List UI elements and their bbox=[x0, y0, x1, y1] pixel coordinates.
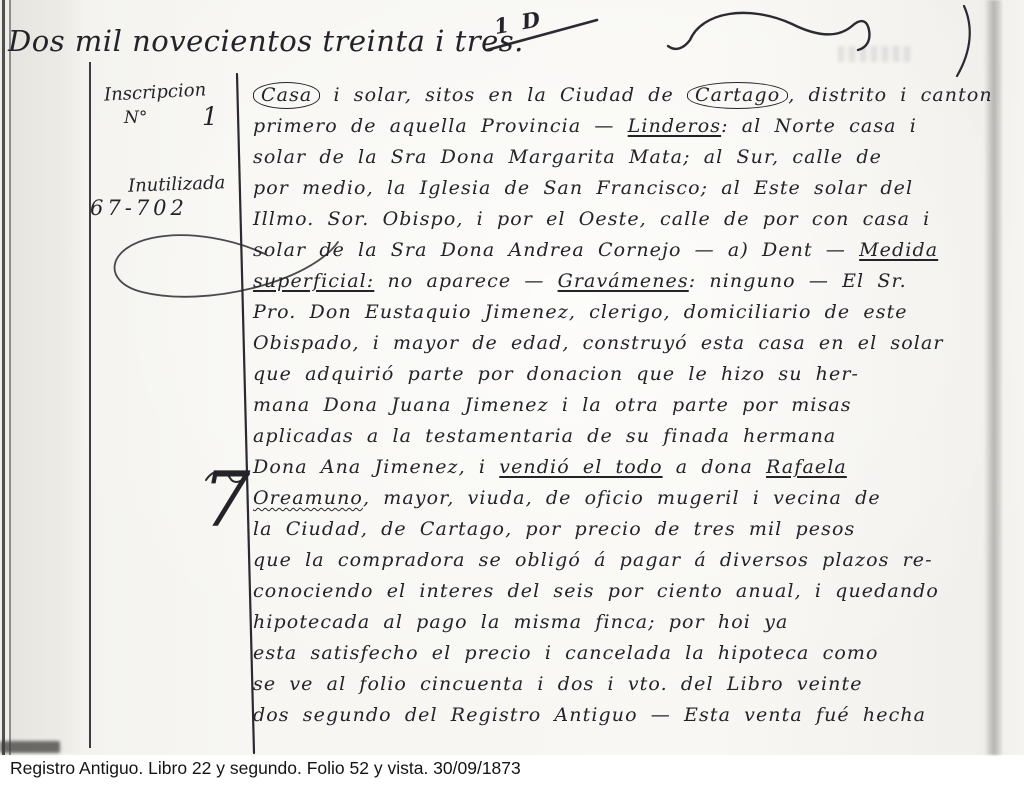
manuscript-line: superficial: no aparece — Gravámenes: ni… bbox=[253, 266, 1005, 297]
manuscript-segment: Dona Ana Jimenez, i bbox=[253, 456, 499, 478]
manuscript-segment: Obispado, i mayor de edad, construyó est… bbox=[253, 332, 944, 354]
manuscript-segment: Pro. Don Eustaquio Jimenez, clerigo, dom… bbox=[253, 301, 908, 323]
manuscript-line: Oreamuno, mayor, viuda, de oficio mugeri… bbox=[253, 483, 1005, 514]
manuscript-line: se ve al folio cincuenta i dos i vto. de… bbox=[253, 669, 1005, 700]
manuscript-segment: , mayor, viuda, de oficio mugeril i veci… bbox=[363, 487, 881, 509]
manuscript-segment: : al Norte casa i bbox=[721, 115, 917, 137]
manuscript-line: la Ciudad, de Cartago, por precio de tre… bbox=[253, 514, 1005, 545]
margin-rule-line bbox=[89, 62, 91, 748]
margin-inutilizada-number: 67-702 bbox=[90, 196, 188, 220]
manuscript-segment: no aparece — bbox=[374, 270, 557, 292]
top-annotation-mark: 1 D bbox=[492, 6, 545, 39]
scan-smudge bbox=[0, 741, 60, 753]
column-rule-line bbox=[237, 74, 254, 753]
manuscript-segment: hipotecada al pago la misma finca; por h… bbox=[253, 611, 788, 633]
manuscript-segment: que la compradora se obligó á pagar á di… bbox=[253, 549, 933, 571]
manuscript-body: Casa i solar, sitos en la Ciudad de Cart… bbox=[253, 80, 1005, 731]
year-header: Dos mil novecientos treinta i tres. bbox=[8, 24, 524, 58]
scan-background: Dos mil novecientos treinta i tres. 1 D … bbox=[0, 0, 1024, 755]
manuscript-line: esta satisfecho el precio i cancelada la… bbox=[253, 638, 1005, 669]
manuscript-line: hipotecada al pago la misma finca; por h… bbox=[253, 607, 1005, 638]
manuscript-line: Casa i solar, sitos en la Ciudad de Cart… bbox=[253, 80, 1005, 111]
manuscript-line: solar de la Sra Dona Andrea Cornejo — a)… bbox=[253, 235, 1005, 266]
manuscript-line: dos segundo del Registro Antiguo — Esta … bbox=[253, 700, 1005, 731]
manuscript-segment: a dona bbox=[663, 456, 766, 478]
manuscript-line: aplicadas a la testamentaria de su finad… bbox=[253, 421, 1005, 452]
manuscript-line: que la compradora se obligó á pagar á di… bbox=[253, 545, 1005, 576]
manuscript-segment: Gravámenes bbox=[558, 270, 689, 292]
manuscript-segment: Cartago bbox=[687, 82, 788, 109]
manuscript-segment: Linderos bbox=[628, 115, 721, 137]
margin-numero-value: 1 bbox=[202, 102, 218, 131]
scan-edge-line bbox=[2, 0, 5, 755]
flourish-bracket bbox=[957, 6, 970, 76]
manuscript-segment: por medio, la Iglesia de San Francisco; … bbox=[253, 177, 913, 199]
manuscript-segment: conociendo el interes del seis por cient… bbox=[253, 580, 939, 602]
left-gutter-band bbox=[11, 0, 87, 753]
manuscript-segment: que adquirió parte por donacion que le h… bbox=[253, 363, 859, 385]
manuscript-segment: superficial: bbox=[253, 270, 374, 292]
manuscript-line: Pro. Don Eustaquio Jimenez, clerigo, dom… bbox=[253, 297, 1005, 328]
margin-numero-label: N° bbox=[124, 108, 147, 128]
manuscript-segment: Casa bbox=[253, 82, 320, 109]
scanned-registry-page: Dos mil novecientos treinta i tres. 1 D … bbox=[0, 0, 1024, 789]
manuscript-segment: , distrito i canton bbox=[788, 84, 993, 106]
manuscript-line: Dona Ana Jimenez, i vendió el todo a don… bbox=[253, 452, 1005, 483]
manuscript-segment: i solar, sitos en la Ciudad de bbox=[320, 84, 687, 106]
manuscript-segment: primero de aquella Provincia — bbox=[253, 115, 628, 137]
manuscript-line: Obispado, i mayor de edad, construyó est… bbox=[253, 328, 1005, 359]
manuscript-segment: Rafaela bbox=[766, 456, 847, 478]
manuscript-segment: esta satisfecho el precio i cancelada la… bbox=[253, 642, 879, 664]
manuscript-segment: la Ciudad, de Cartago, por precio de tre… bbox=[253, 518, 855, 540]
manuscript-line: conociendo el interes del seis por cient… bbox=[253, 576, 1005, 607]
faded-stamp bbox=[838, 46, 912, 62]
manuscript-segment: dos segundo del Registro Antiguo — Esta … bbox=[253, 704, 926, 726]
manuscript-line: primero de aquella Provincia — Linderos:… bbox=[253, 111, 1005, 142]
manuscript-segment: vendió el todo bbox=[499, 456, 662, 478]
manuscript-line: solar de la Sra Dona Margarita Mata; al … bbox=[253, 142, 1005, 173]
margin-inscripcion-label: Inscripcion bbox=[104, 79, 207, 105]
manuscript-line: que adquirió parte por donacion que le h… bbox=[253, 359, 1005, 390]
flourish-swash bbox=[668, 13, 869, 50]
manuscript-segment: aplicadas a la testamentaria de su finad… bbox=[253, 425, 836, 447]
manuscript-line: por medio, la Iglesia de San Francisco; … bbox=[253, 173, 1005, 204]
manuscript-segment: : ninguno — El Sr. bbox=[689, 270, 907, 292]
manuscript-segment: Medida bbox=[859, 239, 938, 261]
manuscript-segment: Oreamuno bbox=[253, 487, 363, 509]
manuscript-segment: mana Dona Juana Jimenez i la otra parte … bbox=[253, 394, 852, 416]
manuscript-line: Illmo. Sor. Obispo, i por el Oeste, call… bbox=[253, 204, 1005, 235]
manuscript-line: mana Dona Juana Jimenez i la otra parte … bbox=[253, 390, 1005, 421]
manuscript-segment: solar de la Sra Dona Andrea Cornejo — a)… bbox=[253, 239, 859, 261]
margin-inutilizada-label: Inutilizada bbox=[128, 172, 226, 196]
margin-entry-number: 7 bbox=[202, 462, 250, 538]
printed-caption: Registro Antiguo. Libro 22 y segundo. Fo… bbox=[10, 758, 521, 779]
manuscript-segment: se ve al folio cincuenta i dos i vto. de… bbox=[253, 673, 863, 695]
manuscript-segment: solar de la Sra Dona Margarita Mata; al … bbox=[253, 146, 882, 168]
manuscript-segment: Illmo. Sor. Obispo, i por el Oeste, call… bbox=[253, 208, 930, 230]
